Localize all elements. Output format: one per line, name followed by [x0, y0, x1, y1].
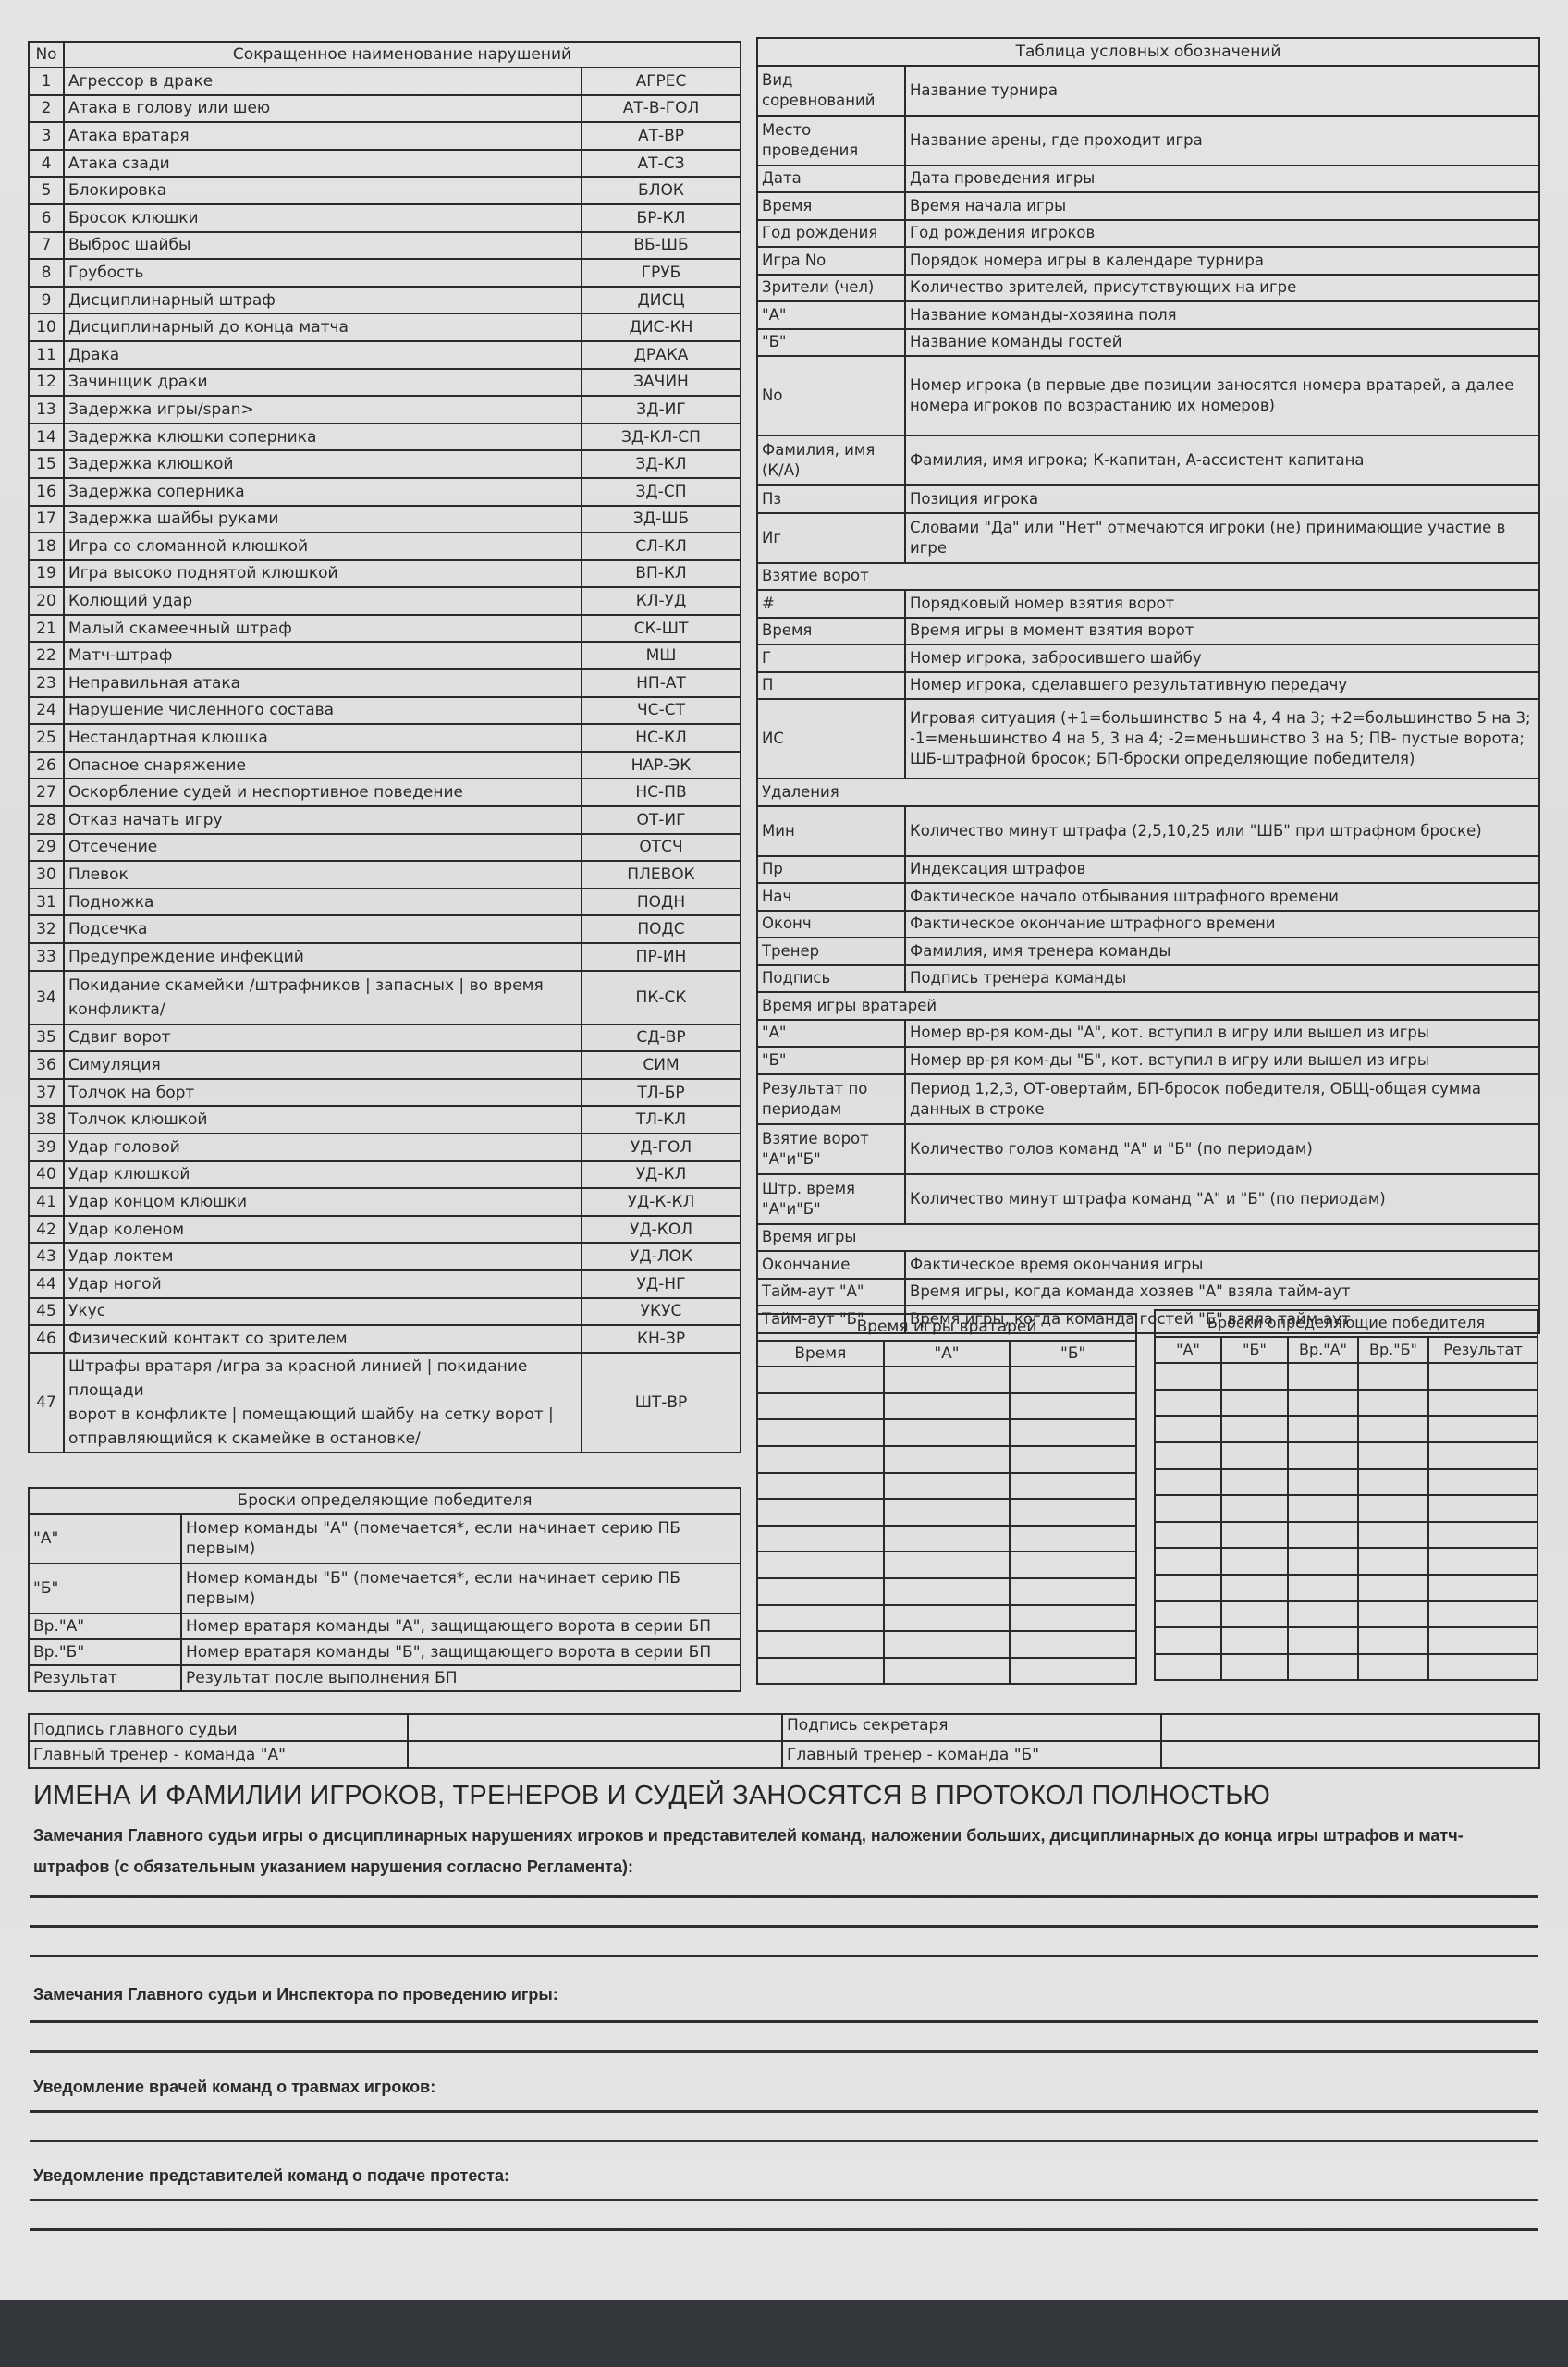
violation-name: Игра высоко поднятой клюшкой: [64, 560, 582, 588]
shootout-cell[interactable]: [1221, 1442, 1288, 1469]
goalie-time-table: Время игры вратарей Время"А""Б": [756, 1313, 1137, 1685]
violation-name: Толчок на борт: [64, 1079, 582, 1107]
remark-title: Замечания Главного судьи и Инспектора по…: [33, 1979, 1531, 2010]
violation-code: СД-ВР: [582, 1024, 741, 1052]
shootout-cell[interactable]: [1221, 1522, 1288, 1549]
violation-name: Колющий удар: [64, 587, 582, 615]
shootout-table: Броски определяющие победителя "А""Б"Вр.…: [1154, 1309, 1538, 1681]
remark-title: Уведомление врачей команд о травмах игро…: [33, 2071, 1531, 2103]
violation-code: СК-ШТ: [582, 615, 741, 643]
violation-name: Удар концом клюшки: [64, 1188, 582, 1216]
violation-row: 44Удар ногойУД-НГ: [29, 1270, 741, 1298]
violation-number: 28: [29, 806, 64, 834]
shootout-legend-row: "Б"Номер команды "Б" (помечается*, если …: [29, 1564, 741, 1613]
coach-a-signature-field[interactable]: [408, 1741, 782, 1768]
remark-writing-line[interactable]: [30, 1895, 1538, 1898]
legend-row: "Б"Номер вр-ря ком-ды "Б", кот. вступил …: [757, 1047, 1539, 1074]
shootout-cell[interactable]: [1358, 1627, 1428, 1654]
legend-term: Иг: [757, 513, 905, 563]
shootout-column-header: Вр."А": [1288, 1337, 1358, 1364]
violation-name: Подсечка: [64, 915, 582, 943]
legend-description: Фактическое окончание штрафного времени: [905, 911, 1539, 938]
legend-row: NoНомер игрока (в первые две позиции зан…: [757, 356, 1539, 435]
violation-row: 34Покидание скамейки /штрафников | запас…: [29, 971, 741, 1024]
legend-row: #Порядковый номер взятия ворот: [757, 590, 1539, 618]
violation-row: 9Дисциплинарный штрафДИСЦ: [29, 287, 741, 314]
violation-name: Атака в голову или шею: [64, 95, 582, 123]
violation-name: Агрессор в драке: [64, 67, 582, 95]
legend-row: ВремяВремя игры в момент взятия ворот: [757, 618, 1539, 645]
violation-code: НС-ПВ: [582, 779, 741, 806]
violation-code: ОТ-ИГ: [582, 806, 741, 834]
remark-writing-line[interactable]: [30, 2020, 1538, 2023]
shootout-cell[interactable]: [1288, 1654, 1358, 1681]
shootout-cell[interactable]: [1358, 1548, 1428, 1575]
shootout-row: [1155, 1654, 1537, 1681]
goalie-time-row: [757, 1419, 1136, 1446]
legend-description: Название команды-хозяина поля: [905, 301, 1539, 329]
violation-number: 5: [29, 177, 64, 204]
shootout-cell[interactable]: [1221, 1363, 1288, 1390]
violation-code: ЧС-СТ: [582, 697, 741, 725]
shootout-legend-term: Вр."Б": [29, 1639, 181, 1665]
shootout-title: Броски определяющие победителя: [1155, 1310, 1537, 1337]
violation-number: 14: [29, 423, 64, 451]
secretary-signature-field[interactable]: [1161, 1714, 1539, 1741]
legend-term: "Б": [757, 329, 905, 357]
shootout-cell[interactable]: [1358, 1654, 1428, 1681]
goalie-time-cell[interactable]: [1010, 1578, 1136, 1605]
shootout-cell[interactable]: [1155, 1575, 1221, 1601]
shootout-cell[interactable]: [1428, 1442, 1537, 1469]
shootout-cell[interactable]: [1155, 1627, 1221, 1654]
legend-section-goals: Взятие ворот: [757, 563, 1539, 591]
violation-code: АТ-ВР: [582, 122, 741, 150]
violation-number: 18: [29, 533, 64, 560]
goalie-time-cell[interactable]: [1010, 1499, 1136, 1526]
legend-row: ОкончФактическое окончание штрафного вре…: [757, 911, 1539, 938]
legend-term: Мин: [757, 806, 905, 856]
shootout-cell[interactable]: [1358, 1469, 1428, 1496]
shootout-legend-term: Вр."А": [29, 1613, 181, 1639]
shootout-column-header: "Б": [1221, 1337, 1288, 1364]
legend-term: Место проведения: [757, 116, 905, 166]
violation-name: Оскорбление судей и неспортивное поведен…: [64, 779, 582, 806]
head-referee-signature-label: Подпись главного судьи: [29, 1714, 408, 1741]
coach-a-label: Главный тренер - команда "А": [29, 1741, 408, 1768]
goalie-time-cell[interactable]: [1010, 1631, 1136, 1658]
violation-number: 9: [29, 287, 64, 314]
shootout-cell[interactable]: [1428, 1627, 1537, 1654]
violation-number: 13: [29, 396, 64, 423]
remark-writing-line[interactable]: [30, 1955, 1538, 1957]
violation-row: 42Удар коленомУД-КОЛ: [29, 1216, 741, 1244]
shootout-legend-description: Номер команды "А" (помечается*, если нач…: [181, 1514, 741, 1564]
violation-code: ГРУБ: [582, 259, 741, 287]
legend-row: Вид соревнованийНазвание турнира: [757, 66, 1539, 116]
violation-row: 32ПодсечкаПОДС: [29, 915, 741, 943]
remark-writing-line[interactable]: [30, 2199, 1538, 2201]
legend-row: Штр. время "А"и"Б"Количество минут штраф…: [757, 1174, 1539, 1224]
shootout-cell[interactable]: [1288, 1442, 1358, 1469]
goalie-time-cell[interactable]: [884, 1367, 1011, 1393]
goalie-time-cell[interactable]: [757, 1631, 884, 1658]
legend-description: Игровая ситуация (+1=большинство 5 на 4,…: [905, 699, 1539, 779]
shootout-row: [1155, 1522, 1537, 1549]
goalie-time-cell[interactable]: [757, 1499, 884, 1526]
head-referee-signature-field[interactable]: [408, 1714, 782, 1741]
shootout-cell[interactable]: [1428, 1495, 1537, 1522]
violation-row: 18Игра со сломанной клюшкойСЛ-КЛ: [29, 533, 741, 560]
legend-description: Порядковый номер взятия ворот: [905, 590, 1539, 618]
goalie-time-cell[interactable]: [757, 1419, 884, 1446]
shootout-column-header: Результат: [1428, 1337, 1537, 1364]
shootout-cell[interactable]: [1358, 1416, 1428, 1442]
violation-row: 40Удар клюшкойУД-КЛ: [29, 1161, 741, 1189]
shootout-cell[interactable]: [1428, 1363, 1537, 1390]
legend-term: ИС: [757, 699, 905, 779]
legend-row: "Б"Название команды гостей: [757, 329, 1539, 357]
violation-row: 47Штрафы вратаря /игра за красной линией…: [29, 1353, 741, 1453]
remark-writing-line[interactable]: [30, 2228, 1538, 2231]
shootout-cell[interactable]: [1288, 1416, 1358, 1442]
legend-term: Взятие ворот "А"и"Б": [757, 1124, 905, 1174]
violation-name: Предупреждение инфекций: [64, 943, 582, 971]
violation-code: ДРАКА: [582, 341, 741, 369]
violation-code: ПЛЕВОК: [582, 861, 741, 889]
shootout-cell[interactable]: [1155, 1601, 1221, 1628]
violation-name: Опасное снаряжение: [64, 752, 582, 779]
legend-description: Название команды гостей: [905, 329, 1539, 357]
shootout-cell[interactable]: [1155, 1363, 1221, 1390]
goalie-time-row: [757, 1499, 1136, 1526]
shootout-cell[interactable]: [1358, 1390, 1428, 1417]
legend-row: НачФактическое начало отбывания штрафног…: [757, 883, 1539, 911]
legend-description: Дата проведения игры: [905, 166, 1539, 193]
legend-term: Фамилия, имя (К/А): [757, 435, 905, 485]
violation-row: 2Атака в голову или шеюАТ-В-ГОЛ: [29, 95, 741, 123]
shootout-legend-description: Номер вратаря команды "А", защищающего в…: [181, 1613, 741, 1639]
violation-number: 34: [29, 971, 64, 1024]
goalie-time-cell[interactable]: [1010, 1419, 1136, 1446]
shootout-cell[interactable]: [1155, 1442, 1221, 1469]
legend-term: Дата: [757, 166, 905, 193]
shootout-row: [1155, 1627, 1537, 1654]
shootout-cell[interactable]: [1221, 1654, 1288, 1681]
violation-row: 17Задержка шайбы рукамиЗД-ШБ: [29, 506, 741, 533]
violation-name: Толчок клюшкой: [64, 1106, 582, 1134]
goalie-time-cell[interactable]: [757, 1367, 884, 1393]
shootout-cell[interactable]: [1358, 1363, 1428, 1390]
shootout-cell[interactable]: [1155, 1416, 1221, 1442]
violation-code: УД-К-КЛ: [582, 1188, 741, 1216]
violation-name: Плевок: [64, 861, 582, 889]
shootout-legend-term: "Б": [29, 1564, 181, 1613]
violation-name: Бросок клюшки: [64, 204, 582, 232]
shootout-cell[interactable]: [1221, 1495, 1288, 1522]
violation-code: КН-ЗР: [582, 1325, 741, 1353]
goalie-time-cell[interactable]: [884, 1499, 1011, 1526]
goalie-time-cell[interactable]: [1010, 1473, 1136, 1500]
legend-term: Штр. время "А"и"Б": [757, 1174, 905, 1224]
shootout-cell[interactable]: [1221, 1548, 1288, 1575]
violation-code: АТ-В-ГОЛ: [582, 95, 741, 123]
violation-name: Симуляция: [64, 1051, 582, 1079]
legend-title: Таблица условных обозначений: [757, 38, 1539, 66]
legend-description: Время игры, когда команда хозяев "А" взя…: [905, 1279, 1539, 1306]
legend-row: ДатаДата проведения игры: [757, 166, 1539, 193]
violation-number: 21: [29, 615, 64, 643]
violation-name: Атака сзади: [64, 150, 582, 178]
shootout-cell[interactable]: [1428, 1654, 1537, 1681]
violation-code: АГРЕС: [582, 67, 741, 95]
shootout-cell[interactable]: [1288, 1495, 1358, 1522]
violation-name: Выброс шайбы: [64, 232, 582, 260]
goalie-time-cell[interactable]: [1010, 1393, 1136, 1420]
shootout-cell[interactable]: [1288, 1548, 1358, 1575]
violation-code: ТЛ-КЛ: [582, 1106, 741, 1134]
shootout-cell[interactable]: [1155, 1390, 1221, 1417]
violation-name: Задержка клюшкой: [64, 450, 582, 478]
shootout-cell[interactable]: [1428, 1522, 1537, 1549]
goalie-time-cell[interactable]: [757, 1658, 884, 1685]
shootout-cell[interactable]: [1221, 1627, 1288, 1654]
legend-description: Название турнира: [905, 66, 1539, 116]
goalie-time-cell[interactable]: [884, 1658, 1011, 1685]
legend-row: ПзПозиция игрока: [757, 485, 1539, 513]
shootout-cell[interactable]: [1428, 1390, 1537, 1417]
legend-description: Номер вр-ря ком-ды "Б", кот. вступил в и…: [905, 1047, 1539, 1074]
shootout-cell[interactable]: [1288, 1522, 1358, 1549]
legend-section-goalie-time: Время игры вратарей: [757, 992, 1539, 1020]
violation-code: НП-АТ: [582, 669, 741, 697]
shootout-cell[interactable]: [1288, 1627, 1358, 1654]
violation-code: ЗД-СП: [582, 478, 741, 506]
legend-term: Пз: [757, 485, 905, 513]
legend-title-row: Таблица условных обозначений: [757, 38, 1539, 66]
violation-number: 11: [29, 341, 64, 369]
violation-number: 24: [29, 697, 64, 725]
shootout-cell[interactable]: [1155, 1522, 1221, 1549]
coach-b-label: Главный тренер - команда "Б": [782, 1741, 1161, 1768]
violation-row: 23Неправильная атакаНП-АТ: [29, 669, 741, 697]
goalie-time-cell[interactable]: [757, 1578, 884, 1605]
violation-name: Дисциплинарный штраф: [64, 287, 582, 314]
shootout-cell[interactable]: [1155, 1495, 1221, 1522]
legend-term: Тайм-аут "А": [757, 1279, 905, 1306]
goalie-time-cell[interactable]: [1010, 1551, 1136, 1578]
violation-code: УКУС: [582, 1298, 741, 1326]
violation-row: 28Отказ начать игруОТ-ИГ: [29, 806, 741, 834]
shootout-cell[interactable]: [1155, 1548, 1221, 1575]
shootout-cell[interactable]: [1288, 1575, 1358, 1601]
violation-row: 5БлокировкаБЛОК: [29, 177, 741, 204]
shootout-cell[interactable]: [1428, 1575, 1537, 1601]
shootout-cell[interactable]: [1288, 1601, 1358, 1628]
legend-row: ПодписьПодпись тренера команды: [757, 965, 1539, 993]
goalie-time-cell[interactable]: [884, 1551, 1011, 1578]
violation-name: Удар головой: [64, 1134, 582, 1161]
legend-term: Зрители (чел): [757, 275, 905, 302]
goalie-time-cell[interactable]: [884, 1473, 1011, 1500]
goalie-time-cell[interactable]: [884, 1578, 1011, 1605]
violation-row: 36СимуляцияСИМ: [29, 1051, 741, 1079]
legend-term: "А": [757, 1020, 905, 1048]
violation-code: АТ-СЗ: [582, 150, 741, 178]
goalie-time-cell[interactable]: [884, 1605, 1011, 1632]
violation-name: Задержка шайбы руками: [64, 506, 582, 533]
legend-table: Таблица условных обозначений Вид соревно…: [756, 37, 1540, 1334]
violation-name: Физический контакт со зрителем: [64, 1325, 582, 1353]
goalie-time-cell[interactable]: [757, 1551, 884, 1578]
remark-writing-line[interactable]: [30, 2050, 1538, 2053]
goalie-time-cell[interactable]: [757, 1605, 884, 1632]
legend-description: Время игры в момент взятия ворот: [905, 618, 1539, 645]
column-header-no: No: [29, 42, 64, 67]
goalie-time-cell[interactable]: [757, 1473, 884, 1500]
violation-row: 22Матч-штрафМШ: [29, 642, 741, 669]
remark-writing-line[interactable]: [30, 2110, 1538, 2113]
legend-row: Место проведенияНазвание арены, где прох…: [757, 116, 1539, 166]
shootout-cell[interactable]: [1221, 1601, 1288, 1628]
goalie-time-cell[interactable]: [1010, 1367, 1136, 1393]
goalie-time-cell[interactable]: [757, 1393, 884, 1420]
goalie-time-cell[interactable]: [1010, 1605, 1136, 1632]
violation-code: УД-ГОЛ: [582, 1134, 741, 1161]
goalie-time-row: [757, 1578, 1136, 1605]
legend-description: Фамилия, имя игрока; К-капитан, А-ассист…: [905, 435, 1539, 485]
violation-name: Штрафы вратаря /игра за красной линией |…: [64, 1353, 582, 1453]
column-header-violation-name: Сокращенное наименование нарушений: [64, 42, 741, 67]
legend-row: "А"Название команды-хозяина поля: [757, 301, 1539, 329]
legend-row: ГНомер игрока, забросившего шайбу: [757, 644, 1539, 672]
legend-row: Игра NoПорядок номера игры в календаре т…: [757, 247, 1539, 275]
violation-name: Удар клюшкой: [64, 1161, 582, 1189]
violation-code: ЗД-КЛ: [582, 450, 741, 478]
coach-b-signature-field[interactable]: [1161, 1741, 1539, 1768]
shootout-cell[interactable]: [1221, 1469, 1288, 1496]
shootout-cell[interactable]: [1155, 1469, 1221, 1496]
legend-term: Время: [757, 192, 905, 220]
violation-name: Удар коленом: [64, 1216, 582, 1244]
violation-name: Игра со сломанной клюшкой: [64, 533, 582, 560]
violation-number: 22: [29, 642, 64, 669]
shootout-cell[interactable]: [1288, 1390, 1358, 1417]
violations-table: No Сокращенное наименование нарушений 1А…: [28, 41, 741, 1453]
goalie-time-row: [757, 1551, 1136, 1578]
goalie-time-row: [757, 1631, 1136, 1658]
violation-number: 43: [29, 1243, 64, 1270]
shootout-cell[interactable]: [1221, 1416, 1288, 1442]
violation-row: 24Нарушение численного составаЧС-СТ: [29, 697, 741, 725]
violation-number: 12: [29, 369, 64, 397]
violation-code: ЗД-ИГ: [582, 396, 741, 423]
goalie-time-cell[interactable]: [884, 1419, 1011, 1446]
legend-section-title: Время игры: [757, 1224, 1539, 1252]
violation-row: 6Бросок клюшкиБР-КЛ: [29, 204, 741, 232]
shootout-row: [1155, 1442, 1537, 1469]
shootout-legend-row: "А"Номер команды "А" (помечается*, если …: [29, 1514, 741, 1564]
remark-writing-line[interactable]: [30, 2140, 1538, 2142]
violation-name: Нестандартная клюшка: [64, 724, 582, 752]
shootout-cell[interactable]: [1358, 1442, 1428, 1469]
legend-row: Фамилия, имя (К/А)Фамилия, имя игрока; К…: [757, 435, 1539, 485]
goalie-time-cell[interactable]: [757, 1526, 884, 1552]
violation-code: СИМ: [582, 1051, 741, 1079]
goalie-time-row: [757, 1473, 1136, 1500]
violation-number: 31: [29, 889, 64, 916]
shootout-cell[interactable]: [1288, 1469, 1358, 1496]
shootout-cell[interactable]: [1358, 1575, 1428, 1601]
violation-number: 26: [29, 752, 64, 779]
shootout-cell[interactable]: [1155, 1654, 1221, 1681]
violation-row: 39Удар головойУД-ГОЛ: [29, 1134, 741, 1161]
violation-code: БЛОК: [582, 177, 741, 204]
violation-number: 23: [29, 669, 64, 697]
goalie-time-cell[interactable]: [884, 1393, 1011, 1420]
goalie-time-cell[interactable]: [884, 1526, 1011, 1552]
legend-term: Окончание: [757, 1251, 905, 1279]
shootout-cell[interactable]: [1221, 1390, 1288, 1417]
legend-description: Номер вр-ря ком-ды "А", кот. вступил в и…: [905, 1020, 1539, 1048]
goalie-time-row: [757, 1393, 1136, 1420]
violation-name: Нарушение численного состава: [64, 697, 582, 725]
violation-number: 32: [29, 915, 64, 943]
violation-number: 44: [29, 1270, 64, 1298]
violation-name: Отказ начать игру: [64, 806, 582, 834]
legend-description: Номер игрока, сделавшего результативную …: [905, 672, 1539, 700]
shootout-cell[interactable]: [1428, 1416, 1537, 1442]
violation-code: ДИСЦ: [582, 287, 741, 314]
shootout-cell[interactable]: [1221, 1575, 1288, 1601]
goalie-column-header: "А": [884, 1341, 1011, 1367]
violation-code: ПОДН: [582, 889, 741, 916]
shootout-column-header: "А": [1155, 1337, 1221, 1364]
legend-description: Количество минут штрафа (2,5,10,25 или "…: [905, 806, 1539, 856]
legend-term: Вид соревнований: [757, 66, 905, 116]
violation-row: 15Задержка клюшкойЗД-КЛ: [29, 450, 741, 478]
violation-row: 7Выброс шайбыВБ-ШБ: [29, 232, 741, 260]
goalie-time-cell[interactable]: [1010, 1658, 1136, 1685]
shootout-cell[interactable]: [1358, 1522, 1428, 1549]
shootout-cell[interactable]: [1358, 1601, 1428, 1628]
violation-row: 25Нестандартная клюшкаНС-КЛ: [29, 724, 741, 752]
legend-description: Порядок номера игры в календаре турнира: [905, 247, 1539, 275]
violation-number: 47: [29, 1353, 64, 1453]
shootout-cell[interactable]: [1428, 1469, 1537, 1496]
remark-writing-line[interactable]: [30, 1925, 1538, 1928]
legend-term: Тренер: [757, 938, 905, 965]
goalie-time-cell[interactable]: [884, 1631, 1011, 1658]
legend-row: ПНомер игрока, сделавшего результативную…: [757, 672, 1539, 700]
violation-code: ПОДС: [582, 915, 741, 943]
legend-term: Пр: [757, 856, 905, 884]
legend-row: ИСИгровая ситуация (+1=большинство 5 на …: [757, 699, 1539, 779]
goalie-time-cell[interactable]: [757, 1446, 884, 1473]
goalie-time-cell[interactable]: [1010, 1526, 1136, 1552]
legend-row: МинКоличество минут штрафа (2,5,10,25 ил…: [757, 806, 1539, 856]
violation-name: Блокировка: [64, 177, 582, 204]
shootout-cell[interactable]: [1288, 1363, 1358, 1390]
shootout-cell[interactable]: [1358, 1495, 1428, 1522]
goalie-time-cell[interactable]: [1010, 1446, 1136, 1473]
shootout-cell[interactable]: [1428, 1548, 1537, 1575]
violation-code: НАР-ЭК: [582, 752, 741, 779]
shootout-cell[interactable]: [1428, 1601, 1537, 1628]
goalie-time-cell[interactable]: [884, 1446, 1011, 1473]
shootout-legend-row: Вр."Б"Номер вратаря команды "Б", защищаю…: [29, 1639, 741, 1665]
violation-row: 19Игра высоко поднятой клюшкойВП-КЛ: [29, 560, 741, 588]
